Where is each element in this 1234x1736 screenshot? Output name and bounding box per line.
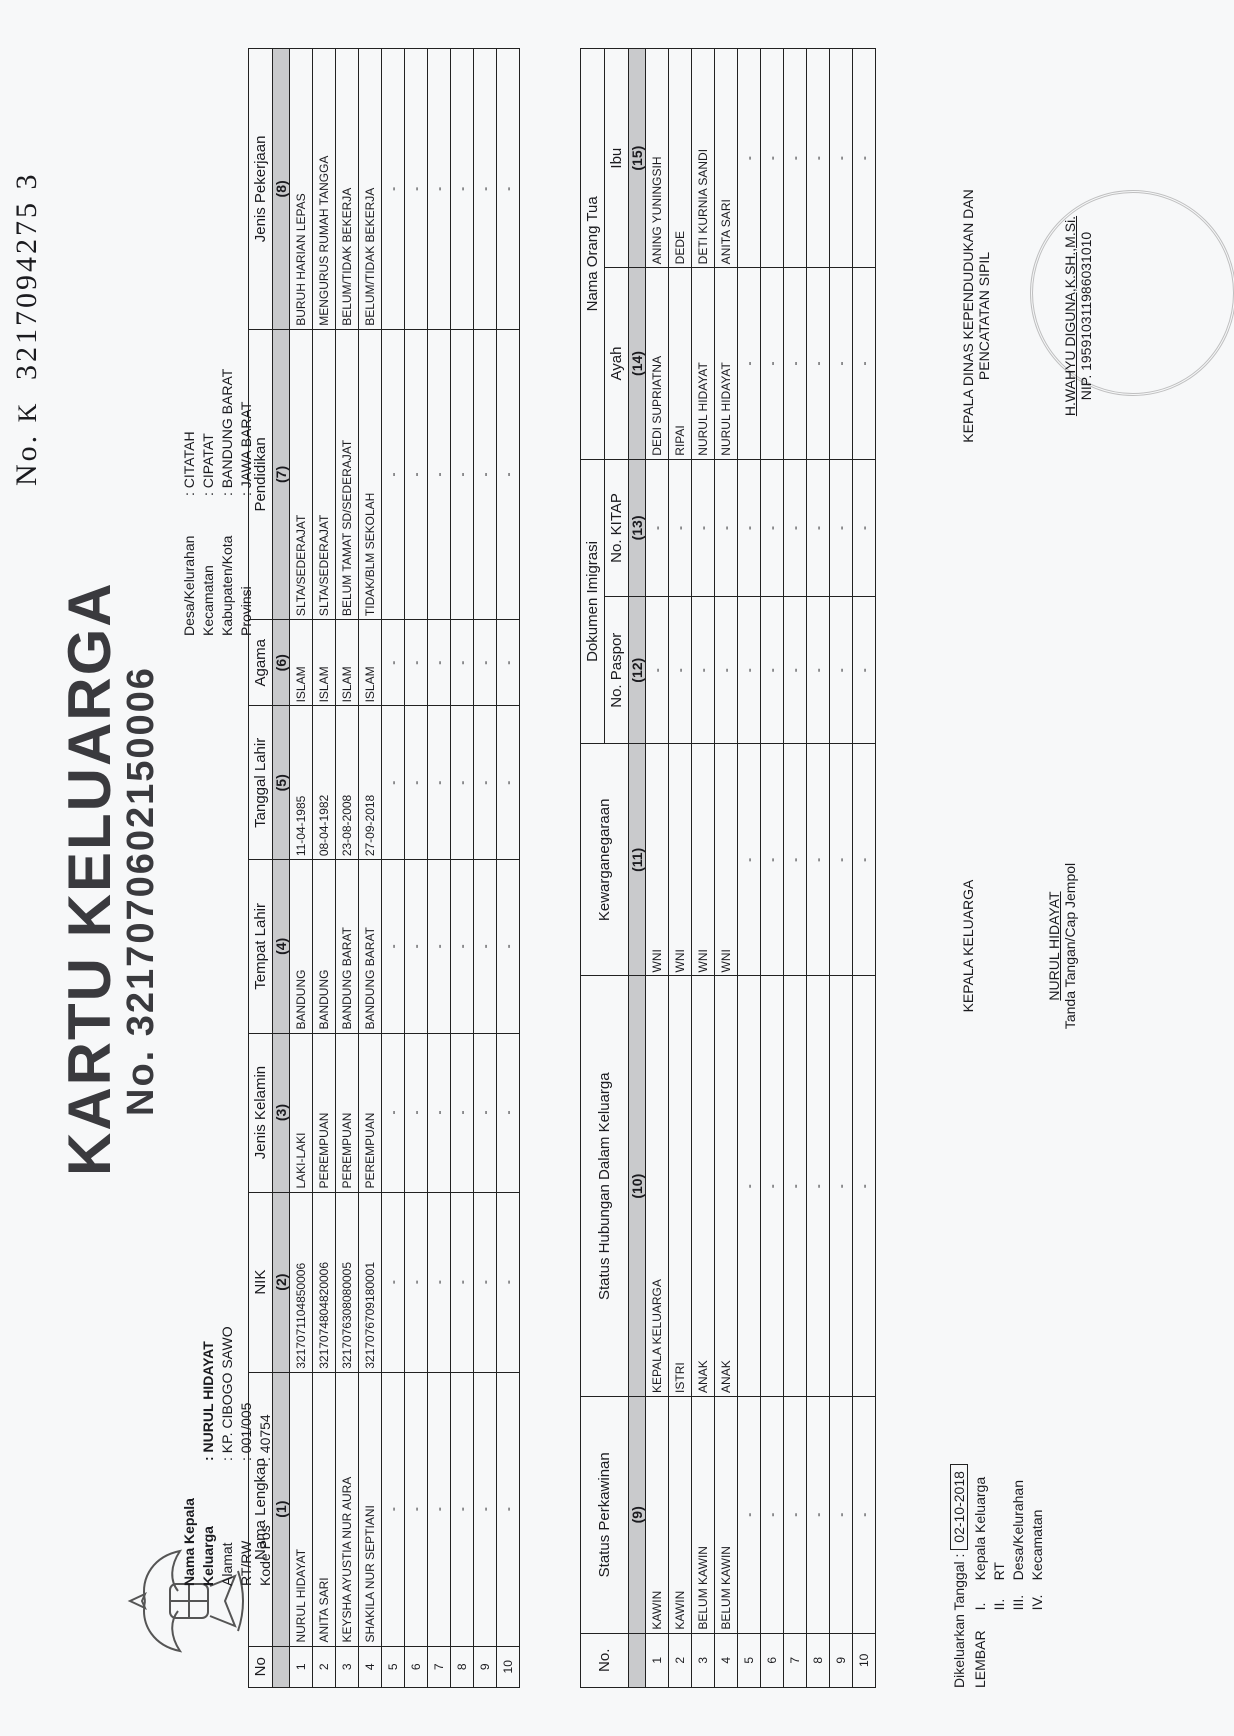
- table-cell: -: [382, 1192, 405, 1372]
- table-cell: -: [646, 597, 669, 744]
- table-cell: ISLAM: [359, 620, 382, 706]
- table-cell: ISLAM: [290, 620, 313, 706]
- table-cell: PEREMPUAN: [336, 1033, 359, 1192]
- table-cell: -: [405, 1372, 428, 1646]
- header-field: Nama Kepala Keluarga: NURUL HIDAYAT: [180, 1326, 218, 1586]
- table-cell: ISLAM: [313, 620, 336, 706]
- lembar-item: IV.Kecamatan: [1028, 1477, 1047, 1611]
- table-cell: -: [761, 49, 784, 268]
- table-cell: -: [853, 976, 876, 1397]
- table-cell: TIDAK/BLM SEKOLAH: [359, 329, 382, 619]
- table-cell: -: [428, 620, 451, 706]
- table-cell: ISTRI: [669, 976, 692, 1397]
- table-cell: 3: [692, 1633, 715, 1687]
- table-cell: -: [405, 49, 428, 330]
- table-cell: BANDUNG BARAT: [336, 860, 359, 1033]
- table-cell: KEYSHA AYUSTIA NUR AURA: [336, 1372, 359, 1646]
- table-cell: -: [474, 49, 497, 330]
- table-cell: -: [692, 597, 715, 744]
- table-cell: 2: [313, 1646, 336, 1687]
- table-row: 9-------: [830, 49, 853, 1688]
- table-cell: -: [807, 459, 830, 597]
- kepala-keluarga-signature: KEPALA KELUARGA NURUL HIDAYAT Tanda Tang…: [960, 796, 1078, 1096]
- table-cell: -: [761, 459, 784, 597]
- column-header: NIK: [249, 1192, 273, 1372]
- table-cell: -: [474, 1372, 497, 1646]
- column-number: (5): [273, 706, 290, 860]
- table-cell: -: [807, 597, 830, 744]
- table-cell: -: [451, 620, 474, 706]
- table-cell: -: [784, 459, 807, 597]
- table-row: 1NURUL HIDAYAT3217071104850006LAKI-LAKIB…: [290, 49, 313, 1688]
- col-ayah: Ayah: [605, 268, 629, 459]
- column-number: (1): [273, 1372, 290, 1646]
- header-field-value: KP. CIBOGO SAWO: [219, 1326, 235, 1453]
- col-nama-orang-tua: Nama Orang Tua: [581, 49, 605, 460]
- table-row: 2KAWINISTRIWNI--RIPAIDEDE: [669, 49, 692, 1688]
- header-field-value: CIPATAT: [200, 433, 216, 488]
- table-cell: -: [451, 329, 474, 619]
- table-cell: -: [428, 706, 451, 860]
- column-header: Tanggal Lahir: [249, 706, 273, 860]
- table-cell: -: [382, 49, 405, 330]
- table-cell: 5: [738, 1633, 761, 1687]
- table-cell: -: [853, 597, 876, 744]
- column-number: (9): [629, 1396, 646, 1633]
- table-cell: 10: [853, 1633, 876, 1687]
- lembar-item: III.Desa/Kelurahan: [1009, 1477, 1028, 1611]
- table-row: 1KAWINKEPALA KELUARGAWNI--DEDI SUPRIATNA…: [646, 49, 669, 1688]
- table-cell: -: [497, 329, 520, 619]
- table-cell: 5: [382, 1646, 405, 1687]
- table-cell: WNI: [669, 744, 692, 976]
- table-cell: ANITA SARI: [715, 49, 738, 268]
- kk-signature-name: NURUL HIDAYAT: [1046, 891, 1062, 1000]
- lembar-num: IV.: [1028, 1580, 1047, 1610]
- serial-prefix: No.: [10, 433, 43, 486]
- header-field: Alamat: KP. CIBOGO SAWO: [218, 1326, 237, 1586]
- table-cell: -: [405, 706, 428, 860]
- table-cell: -: [451, 1192, 474, 1372]
- lembar-text: Kecamatan: [1029, 1510, 1045, 1581]
- table-cell: ANITA SARI: [313, 1372, 336, 1646]
- table-cell: -: [738, 49, 761, 268]
- table-cell: SHAKILA NUR SEPTIANI: [359, 1372, 382, 1646]
- table-cell: -: [405, 329, 428, 619]
- column-number: (7): [273, 329, 290, 619]
- lembar-num: III.: [1009, 1580, 1028, 1610]
- table-cell: -: [474, 1192, 497, 1372]
- table-row: 8--------: [451, 49, 474, 1688]
- table-cell: -: [784, 976, 807, 1397]
- table-cell: -: [497, 1192, 520, 1372]
- table-cell: -: [853, 268, 876, 459]
- serial-letter: K: [13, 401, 42, 423]
- table-cell: -: [497, 1372, 520, 1646]
- table-cell: ANAK: [692, 976, 715, 1397]
- column-number: [273, 1646, 290, 1687]
- table-cell: BANDUNG BARAT: [359, 860, 382, 1033]
- table-cell: -: [646, 459, 669, 597]
- table-cell: -: [853, 1396, 876, 1633]
- table-cell: BELUM KAWIN: [715, 1396, 738, 1633]
- table-cell: -: [428, 329, 451, 619]
- table-cell: 9: [474, 1646, 497, 1687]
- serial-value: 3217094275 3: [10, 172, 43, 381]
- table-cell: -: [807, 268, 830, 459]
- issued-label: Dikeluarkan Tanggal: [951, 1561, 967, 1688]
- table-cell: RIPAI: [669, 268, 692, 459]
- table-cell: -: [669, 597, 692, 744]
- col-ibu: Ibu: [605, 49, 629, 268]
- table-cell: 10: [497, 1646, 520, 1687]
- table-row: 9--------: [474, 49, 497, 1688]
- header-field-value: NURUL HIDAYAT: [200, 1341, 216, 1452]
- column-header: No: [249, 1646, 273, 1687]
- table-cell: BELUM/TIDAK BEKERJA: [336, 49, 359, 330]
- col-kewarganegaraan: Kewarganegaraan: [581, 744, 629, 976]
- table-cell: MENGURUS RUMAH TANGGA: [313, 49, 336, 330]
- table-cell: PEREMPUAN: [359, 1033, 382, 1192]
- column-number: (6): [273, 620, 290, 706]
- table-cell: ANING YUNINGSIH: [646, 49, 669, 268]
- serial-number: No. K 3217094275 3: [10, 172, 44, 486]
- table-row: 6-------: [761, 49, 784, 1688]
- column-number: (15): [629, 49, 646, 268]
- col-no: No.: [581, 1633, 629, 1687]
- table-cell: 8: [451, 1646, 474, 1687]
- table-cell: 2: [669, 1633, 692, 1687]
- lembar-text: Kepala Keluarga: [972, 1477, 988, 1581]
- table-cell: -: [784, 1396, 807, 1633]
- table-cell: ANAK: [715, 976, 738, 1397]
- table-row: 3BELUM KAWINANAKWNI--NURUL HIDAYATDETI K…: [692, 49, 715, 1688]
- family-status-table: No. Status Perkawinan Status Hubungan Da…: [580, 48, 876, 1688]
- table-cell: BELUM/TIDAK BEKERJA: [359, 49, 382, 330]
- official-title-2: PENCATATAN SIPIL: [976, 136, 992, 496]
- table-cell: -: [738, 1396, 761, 1633]
- official-name: H.WAHYU DIGUNA,K.SH.,M.Si.: [1062, 216, 1078, 416]
- table-cell: -: [830, 976, 853, 1397]
- column-number: (11): [629, 744, 646, 976]
- table-cell: BELUM KAWIN: [692, 1396, 715, 1633]
- table-cell: -: [738, 976, 761, 1397]
- column-number: (10): [629, 976, 646, 1397]
- table-cell: -: [382, 860, 405, 1033]
- col-status-hubungan: Status Hubungan Dalam Keluarga: [581, 976, 629, 1397]
- table-cell: -: [382, 706, 405, 860]
- lembar-item: II.RT: [990, 1477, 1009, 1611]
- table-cell: -: [807, 976, 830, 1397]
- column-number: [629, 1633, 646, 1687]
- table-cell: -: [830, 744, 853, 976]
- table-row: 2ANITA SARI3217074804820006PEREMPUANBAND…: [313, 49, 336, 1688]
- kk-signature-title: KEPALA KELUARGA: [960, 796, 976, 1096]
- header-field-label: Kecamatan: [199, 496, 218, 636]
- table-cell: SLTA/SEDERAJAT: [290, 329, 313, 619]
- lembar-num: I.: [971, 1580, 990, 1610]
- header-field-value: BANDUNG BARAT: [219, 369, 235, 489]
- column-header: Nama Lengkap: [249, 1372, 273, 1646]
- lembar-text: Desa/Kelurahan: [1010, 1480, 1026, 1580]
- table-cell: DEDI SUPRIATNA: [646, 268, 669, 459]
- kk-number: No. 3217070602150006: [120, 666, 163, 1116]
- table-cell: -: [428, 1033, 451, 1192]
- table-row: 10--------: [497, 49, 520, 1688]
- header-field: Kecamatan: CIPATAT: [199, 369, 218, 636]
- table-cell: -: [853, 459, 876, 597]
- column-number: (3): [273, 1033, 290, 1192]
- table-cell: 3217076308080005: [336, 1192, 359, 1372]
- kk-number-value: 3217070602150006: [120, 666, 162, 1036]
- table-cell: -: [738, 268, 761, 459]
- table-row: 5--------: [382, 49, 405, 1688]
- table-cell: -: [428, 860, 451, 1033]
- table-cell: -: [669, 459, 692, 597]
- table-cell: 9: [830, 1633, 853, 1687]
- header-field: Kabupaten/Kota: BANDUNG BARAT: [218, 369, 237, 636]
- table-cell: -: [738, 744, 761, 976]
- table-cell: -: [761, 1396, 784, 1633]
- lembar-num: II.: [990, 1580, 1009, 1610]
- table-cell: 23-08-2008: [336, 706, 359, 860]
- table-cell: -: [405, 860, 428, 1033]
- table-cell: 6: [405, 1646, 428, 1687]
- table-cell: 4: [715, 1633, 738, 1687]
- table-row: 8-------: [807, 49, 830, 1688]
- table-cell: -: [451, 1033, 474, 1192]
- table-cell: -: [474, 620, 497, 706]
- col-no-kitap: No. KITAP: [605, 459, 629, 597]
- table-cell: -: [428, 1372, 451, 1646]
- table-cell: ISLAM: [336, 620, 359, 706]
- table-cell: -: [451, 860, 474, 1033]
- column-number: (12): [629, 597, 646, 744]
- table-cell: NURUL HIDAYAT: [692, 268, 715, 459]
- table-cell: -: [474, 329, 497, 619]
- column-header: Jenis Kelamin: [249, 1033, 273, 1192]
- table-cell: -: [382, 329, 405, 619]
- table-cell: -: [497, 860, 520, 1033]
- table-cell: -: [784, 744, 807, 976]
- table-cell: BANDUNG: [313, 860, 336, 1033]
- table-cell: -: [405, 1192, 428, 1372]
- table-cell: 3217074804820006: [313, 1192, 336, 1372]
- kartu-keluarga-document: No. K 3217094275 3 KARTU KELUARGA No. 32…: [0, 0, 1234, 1736]
- table-cell: -: [761, 268, 784, 459]
- table-cell: PEREMPUAN: [313, 1033, 336, 1192]
- official-nip: NIP. 195910311986031010: [1078, 136, 1094, 496]
- table-cell: -: [830, 597, 853, 744]
- header-field-label: Nama Kepala Keluarga: [180, 1461, 218, 1586]
- col-dokumen-imigrasi: Dokumen Imigrasi: [581, 459, 605, 744]
- column-number: (13): [629, 459, 646, 597]
- table-cell: -: [715, 597, 738, 744]
- table-cell: -: [853, 744, 876, 976]
- table-cell: -: [474, 1033, 497, 1192]
- table-cell: -: [738, 459, 761, 597]
- table-cell: -: [830, 1396, 853, 1633]
- table-cell: BELUM TAMAT SD/SEDERAJAT: [336, 329, 359, 619]
- table-cell: -: [451, 706, 474, 860]
- header-field-label: Kabupaten/Kota: [218, 496, 237, 636]
- header-field: Desa/Kelurahan: CITATAH: [180, 369, 199, 636]
- table-cell: KEPALA KELUARGA: [646, 976, 669, 1397]
- table-row: 4SHAKILA NUR SEPTIANI3217076709180001PER…: [359, 49, 382, 1688]
- col-status-perkawinan: Status Perkawinan: [581, 1396, 629, 1633]
- header-field-label: Alamat: [218, 1461, 237, 1586]
- table-cell: -: [405, 620, 428, 706]
- table-cell: -: [853, 49, 876, 268]
- table-cell: 08-04-1982: [313, 706, 336, 860]
- table-cell: 11-04-1985: [290, 706, 313, 860]
- table-cell: 7: [784, 1633, 807, 1687]
- table-cell: -: [497, 49, 520, 330]
- kk-signature-label: Tanda Tangan/Cap Jempol: [1062, 796, 1078, 1096]
- table-cell: -: [738, 597, 761, 744]
- table-cell: 8: [807, 1633, 830, 1687]
- table-cell: 3217076709180001: [359, 1192, 382, 1372]
- table-cell: -: [715, 459, 738, 597]
- table-cell: 4: [359, 1646, 382, 1687]
- table-cell: NURUL HIDAYAT: [290, 1372, 313, 1646]
- official-title-1: KEPALA DINAS KEPENDUDUKAN DAN: [960, 136, 976, 496]
- table-cell: -: [807, 744, 830, 976]
- table-cell: LAKI-LAKI: [290, 1033, 313, 1192]
- table-cell: -: [830, 268, 853, 459]
- column-number: (14): [629, 268, 646, 459]
- column-header: Pendidikan: [249, 329, 273, 619]
- column-header: Tempat Lahir: [249, 860, 273, 1033]
- table-cell: -: [784, 49, 807, 268]
- table-cell: -: [784, 268, 807, 459]
- table-cell: -: [761, 976, 784, 1397]
- table-row: 7-------: [784, 49, 807, 1688]
- col-no-paspor: No. Paspor: [605, 597, 629, 744]
- table-cell: DETI KURNIA SANDI: [692, 49, 715, 268]
- table-cell: -: [830, 49, 853, 268]
- table-cell: BANDUNG: [290, 860, 313, 1033]
- official-signature: KEPALA DINAS KEPENDUDUKAN DAN PENCATATAN…: [960, 136, 1094, 496]
- table-row: 4BELUM KAWINANAKWNI--NURUL HIDAYATANITA …: [715, 49, 738, 1688]
- header-field-value: CITATAH: [181, 431, 197, 488]
- table-cell: WNI: [646, 744, 669, 976]
- table-cell: 3217071104850006: [290, 1192, 313, 1372]
- table-cell: 27-09-2018: [359, 706, 382, 860]
- column-header: Agama: [249, 620, 273, 706]
- table-cell: -: [474, 860, 497, 1033]
- table-cell: -: [497, 620, 520, 706]
- table-cell: -: [382, 620, 405, 706]
- table-cell: KAWIN: [669, 1396, 692, 1633]
- table-cell: -: [497, 706, 520, 860]
- lembar-item: I.Kepala Keluarga: [971, 1477, 990, 1611]
- table-cell: -: [451, 1372, 474, 1646]
- table-cell: -: [830, 459, 853, 597]
- header-right: Desa/Kelurahan: CITATAHKecamatan: CIPATA…: [180, 369, 256, 636]
- table-row: 6--------: [405, 49, 428, 1688]
- table-cell: DEDE: [669, 49, 692, 268]
- kk-number-label: No.: [120, 1049, 162, 1116]
- table-cell: -: [451, 49, 474, 330]
- table-cell: SLTA/SEDERAJAT: [313, 329, 336, 619]
- issue-info: Dikeluarkan Tanggal : 02-10-2018 LEMBAR …: [950, 1464, 1047, 1688]
- table-cell: KAWIN: [646, 1396, 669, 1633]
- table-cell: -: [497, 1033, 520, 1192]
- table-row: 7--------: [428, 49, 451, 1688]
- table-cell: 1: [646, 1633, 669, 1687]
- header-field-label: Desa/Kelurahan: [180, 496, 199, 636]
- table-cell: -: [784, 597, 807, 744]
- table-cell: 3: [336, 1646, 359, 1687]
- column-number: (4): [273, 860, 290, 1033]
- table-cell: 1: [290, 1646, 313, 1687]
- table-cell: -: [807, 49, 830, 268]
- table-cell: NURUL HIDAYAT: [715, 268, 738, 459]
- lembar-label: LEMBAR: [971, 1630, 1047, 1688]
- document-title: KARTU KELUARGA: [55, 581, 124, 1176]
- column-header: Jenis Pekerjaan: [249, 49, 273, 330]
- table-cell: -: [405, 1033, 428, 1192]
- issued-date: 02-10-2018: [950, 1464, 968, 1550]
- table-cell: 6: [761, 1633, 784, 1687]
- table-row: 3KEYSHA AYUSTIA NUR AURA3217076308080005…: [336, 49, 359, 1688]
- table-cell: 7: [428, 1646, 451, 1687]
- lembar-text: RT: [991, 1562, 1007, 1580]
- table-row: 5-------: [738, 49, 761, 1688]
- table-cell: WNI: [715, 744, 738, 976]
- table-cell: -: [692, 459, 715, 597]
- table-cell: WNI: [692, 744, 715, 976]
- table-row: 10-------: [853, 49, 876, 1688]
- table-cell: -: [761, 744, 784, 976]
- table-cell: -: [474, 706, 497, 860]
- table-cell: -: [382, 1033, 405, 1192]
- table-cell: -: [807, 1396, 830, 1633]
- table-cell: -: [382, 1372, 405, 1646]
- family-members-table: NoNama LengkapNIKJenis KelaminTempat Lah…: [248, 48, 520, 1688]
- table-cell: -: [428, 49, 451, 330]
- column-number: (2): [273, 1192, 290, 1372]
- column-number: (8): [273, 49, 290, 330]
- table-cell: -: [761, 597, 784, 744]
- table-cell: BURUH HARIAN LEPAS: [290, 49, 313, 330]
- table-cell: -: [428, 1192, 451, 1372]
- lembar-list: I.Kepala KeluargaII.RTIII.Desa/Kelurahan…: [971, 1477, 1047, 1611]
